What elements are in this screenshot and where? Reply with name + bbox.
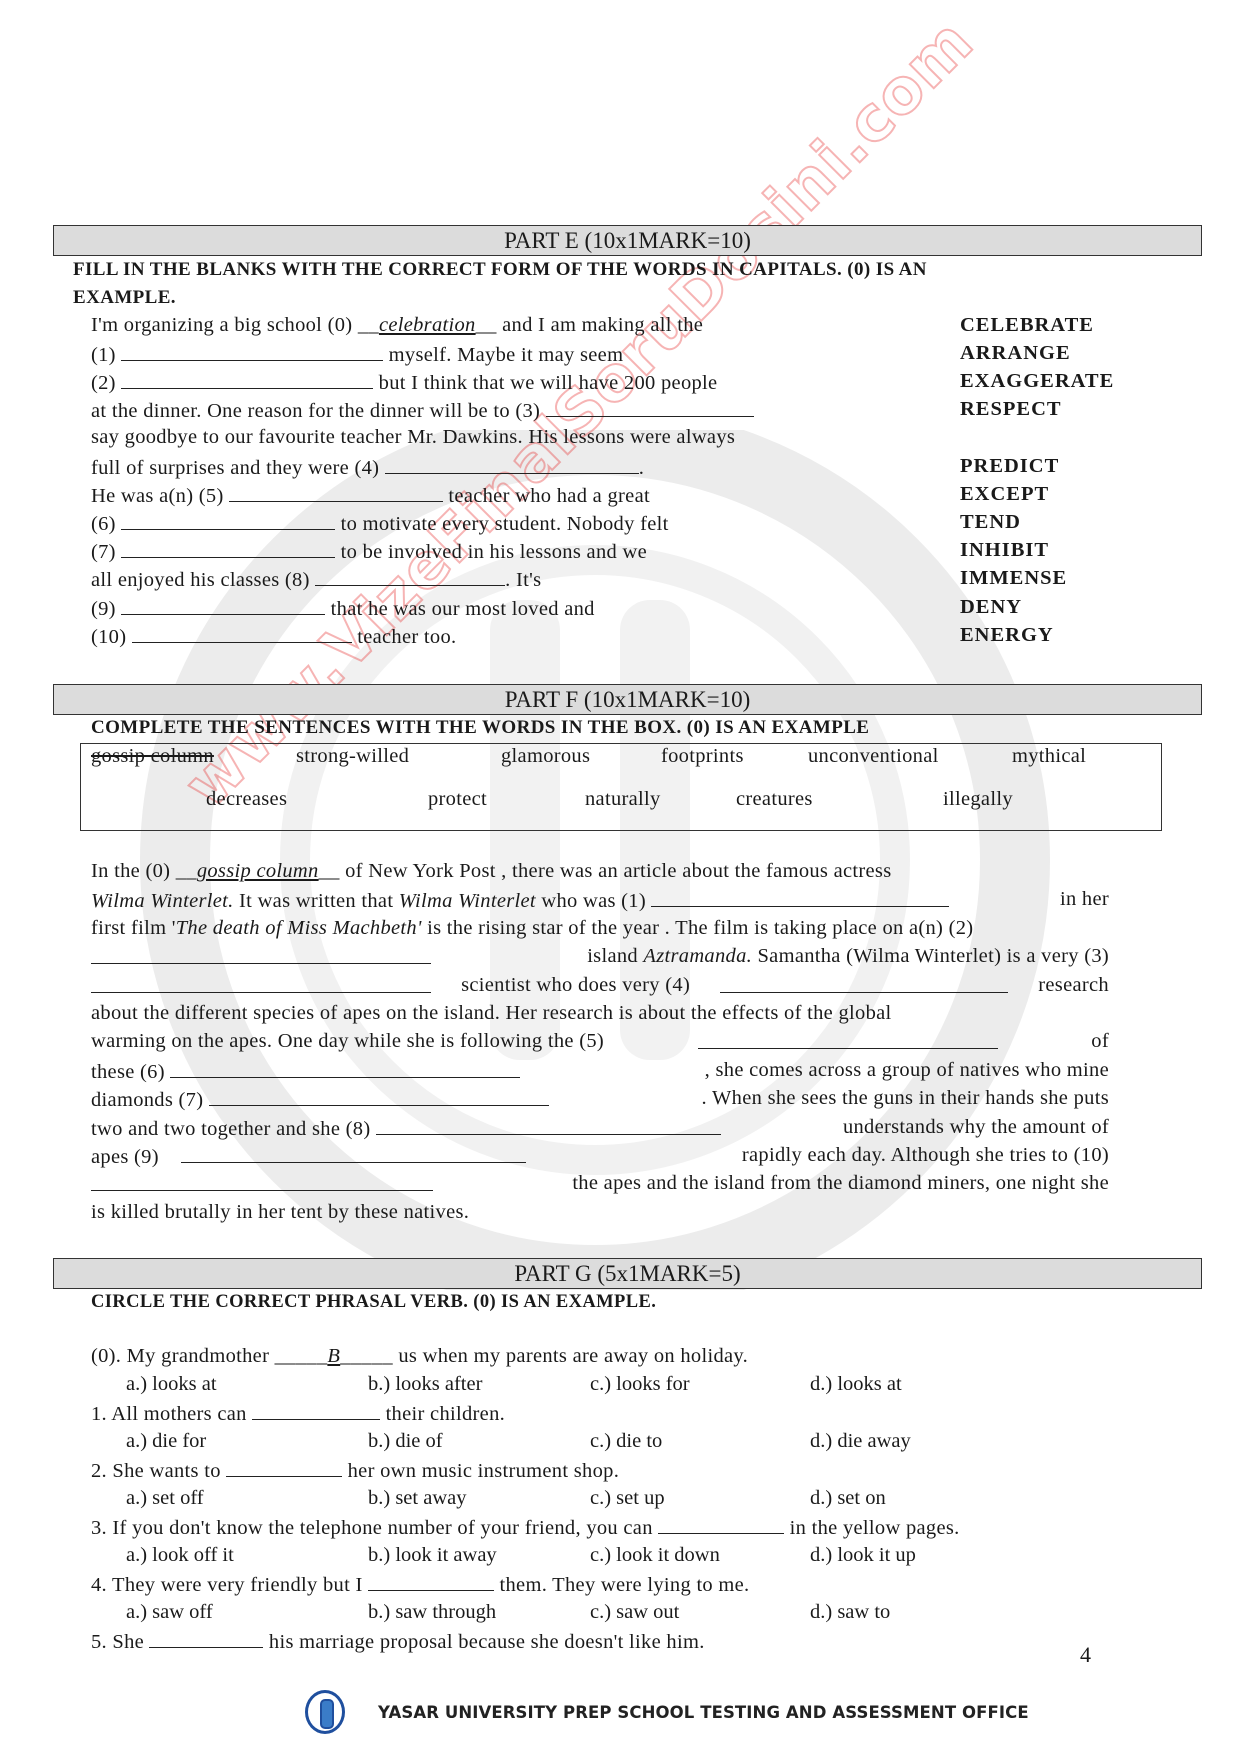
exam-page: PART E (10x1MARK=10) FILL IN THE BLANKS … [0,0,1240,1754]
word-box-item: footprints [661,745,744,768]
answer-blank-5[interactable] [698,1030,998,1049]
passage-line: Wilma Winterlet. It was written that Wil… [91,888,1109,916]
passage-line: apes (9) rapidly each day. Although she … [91,1144,1109,1172]
passage-line: these (6) , she comes across a group of … [91,1059,1109,1087]
answer-blank-10[interactable] [91,1172,433,1191]
passage-line: about the different species of apes on t… [91,1002,1109,1030]
answer-blank-5[interactable] [229,483,443,502]
option-b[interactable]: b.) looks after [368,1373,482,1396]
answer-blank-10[interactable] [132,624,352,643]
capital-word: ARRANGE [960,342,1071,365]
option-a[interactable]: a.) die for [126,1430,206,1453]
word-box-item: decreases [206,788,287,811]
capital-word: RESPECT [960,398,1062,421]
word-box-item: protect [428,788,487,811]
answer-blank-9[interactable] [181,1144,526,1163]
word-box-item: strong-willed [296,745,409,768]
part-e-line-8: (7) to be involved in his lessons and we [91,539,647,564]
capital-word: EXCEPT [960,483,1049,506]
passage-line: first film 'The death of Miss Machbeth' … [91,917,1109,945]
answer-blank[interactable] [368,1572,494,1591]
option-a[interactable]: a.) looks at [126,1373,217,1396]
answer-blank-3[interactable] [546,398,754,417]
passage-line: warming on the apes. One day while she i… [91,1030,1109,1058]
passage-line: scientist who does very (4) research [91,974,1109,1002]
answer-blank[interactable] [149,1629,263,1648]
option-c[interactable]: c.) look it down [590,1544,720,1567]
word-box-item: naturally [585,788,661,811]
word-box-item: creatures [736,788,813,811]
option-d[interactable]: d.) look it up [810,1544,916,1567]
answer-blank-1[interactable] [651,888,949,907]
part-e-header: PART E (10x1MARK=10) [53,225,1202,256]
option-d[interactable]: d.) looks at [810,1373,902,1396]
option-c[interactable]: c.) die to [590,1430,662,1453]
answer-blank-9[interactable] [121,596,325,615]
part-e-line-0: I'm organizing a big school (0) __celebr… [91,314,703,337]
part-e-line-6: He was a(n) (5) teacher who had a great [91,483,650,508]
answer-blank-3[interactable] [91,974,431,993]
option-c[interactable]: c.) set up [590,1487,665,1510]
answer-blank-2[interactable] [121,370,373,389]
option-a[interactable]: a.) saw off [126,1601,213,1624]
question-2: 2. She wants to her own music instrument… [91,1458,619,1483]
part-e-instruction-cont: EXAMPLE. [73,287,176,309]
word-box [80,743,1162,831]
option-b[interactable]: b.) saw through [368,1601,496,1624]
word-box-item-used: gossip column [91,745,214,768]
capital-word: INHIBIT [960,539,1049,562]
capital-word: PREDICT [960,455,1059,478]
part-f-header: PART F (10x1MARK=10) [53,684,1202,715]
passage-line: island Aztramanda. Samantha (Wilma Winte… [91,945,1109,973]
option-a[interactable]: a.) look off it [126,1544,234,1567]
answer-blank-8[interactable] [376,1116,721,1135]
answer-blank-6[interactable] [121,511,335,530]
question-1: 1. All mothers can their children. [91,1401,505,1426]
answer-blank-1[interactable] [121,342,383,361]
part-f-instruction: COMPLETE THE SENTENCES WITH THE WORDS IN… [91,717,869,739]
part-e-line-1: (1) myself. Maybe it may seem [91,342,623,367]
footer-institution: YASAR UNIVERSITY PREP SCHOOL TESTING AND… [378,1703,1029,1722]
answer-blank-2[interactable] [91,945,431,964]
university-logo-icon [305,1690,345,1734]
example-answer: celebration [379,314,476,336]
part-g-header: PART G (5x1MARK=5) [53,1258,1202,1289]
word-box-item: glamorous [501,745,590,768]
answer-blank-7[interactable] [209,1087,549,1106]
option-c[interactable]: c.) looks for [590,1373,690,1396]
question-5: 5. She his marriage proposal because she… [91,1629,705,1654]
passage-line: is killed brutally in her tent by these … [91,1201,1109,1229]
answer-blank-6[interactable] [170,1059,520,1078]
part-e-line-4: say goodbye to our favourite teacher Mr.… [91,426,735,449]
option-b[interactable]: b.) set away [368,1487,466,1510]
option-b[interactable]: b.) die of [368,1430,443,1453]
capital-word: ENERGY [960,624,1054,647]
part-g-instruction: CIRCLE THE CORRECT PHRASAL VERB. (0) IS … [91,1292,656,1313]
answer-blank-8[interactable] [315,567,505,586]
answer-blank-4[interactable] [720,974,1008,993]
question-4: 4. They were very friendly but I them. T… [91,1572,749,1597]
passage-line: In the (0) __gossip column__ of New York… [91,860,1109,888]
answer-blank[interactable] [252,1401,380,1420]
part-e-line-7: (6) to motivate every student. Nobody fe… [91,511,669,536]
capital-word: TEND [960,511,1021,534]
answer-blank[interactable] [658,1515,784,1534]
option-d[interactable]: d.) set on [810,1487,886,1510]
answer-blank-7[interactable] [121,539,335,558]
option-a[interactable]: a.) set off [126,1487,204,1510]
word-box-item: illegally [943,788,1013,811]
answer-blank[interactable] [226,1458,342,1477]
passage-line: the apes and the island from the diamond… [91,1172,1109,1200]
option-d[interactable]: d.) saw to [810,1601,890,1624]
example-answer: B [327,1345,340,1367]
word-box-item: unconventional [808,745,939,768]
part-e-line-10: (9) that he was our most loved and [91,596,595,621]
capital-word: EXAGGERATE [960,370,1114,393]
option-d[interactable]: d.) die away [810,1430,911,1453]
option-b[interactable]: b.) look it away [368,1544,497,1567]
option-c[interactable]: c.) saw out [590,1601,679,1624]
passage-line: diamonds (7) . When she sees the guns in… [91,1087,1109,1115]
passage-line: two and two together and she (8) underst… [91,1116,1109,1144]
answer-blank-4[interactable] [385,455,639,474]
part-e-instruction: FILL IN THE BLANKS WITH THE CORRECT FORM… [73,259,927,281]
part-e-line-5: full of surprises and they were (4) . [91,455,644,480]
part-e-line-3: at the dinner. One reason for the dinner… [91,398,754,423]
capital-word: CELEBRATE [960,314,1094,337]
word-box-item: mythical [1012,745,1086,768]
part-e-line-9: all enjoyed his classes (8) . It's [91,567,541,592]
page-number: 4 [1080,1642,1091,1668]
question-0: (0). My grandmother _____B_____ us when … [91,1345,748,1368]
question-3: 3. If you don't know the telephone numbe… [91,1515,960,1540]
capital-word: DENY [960,596,1022,619]
capital-word: IMMENSE [960,567,1067,590]
part-e-line-11: (10) teacher too. [91,624,456,649]
part-e-line-2: (2) but I think that we will have 200 pe… [91,370,717,395]
part-f-passage: In the (0) __gossip column__ of New York… [91,860,1109,1229]
